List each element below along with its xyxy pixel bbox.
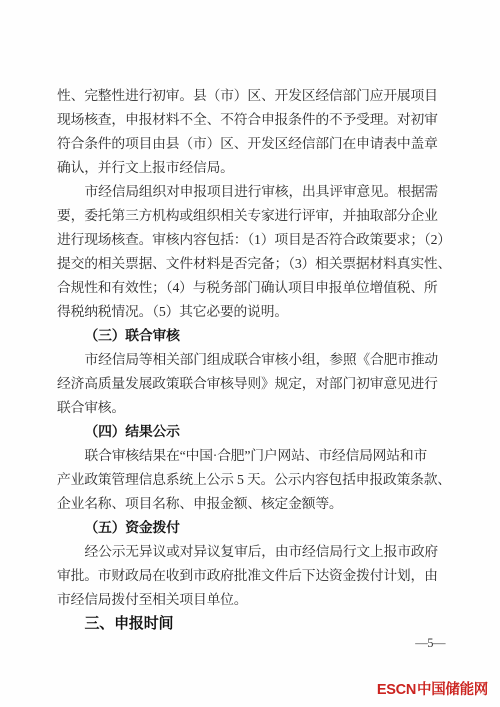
escn-logo-latin-text: ESCN — [377, 682, 416, 698]
text-line: 经公示无异议或对异议复审后，由市经信局行文上报市政府 — [57, 540, 445, 564]
subsection-heading: （五）资金拨付 — [57, 516, 445, 540]
text-line: 经济高质量发展政策联合审核导则》规定，对部门初审意见进行 — [57, 372, 445, 396]
text-line: 市经信局等相关部门组成联合审核小组，参照《合肥市推动 — [57, 348, 445, 372]
document-page: 性、完整性进行初审。县（市）区、开发区经信部门应开展项目现场核查，申报材料不全、… — [0, 0, 500, 707]
subsection-heading: （三）联合审核 — [57, 324, 445, 348]
escn-logo: ESCN中国储能网 — [377, 678, 488, 699]
text-line: 联合审核。 — [57, 396, 445, 420]
text-line: 得税纳税情况。（5）其它必要的说明。 — [57, 300, 445, 324]
page-number: —5— — [415, 636, 445, 651]
text-line: 市经信局组织对申报项目进行审核，出具评审意见。根据需 — [57, 180, 445, 204]
text-line: 市经信局拨付至相关项目单位。 — [57, 588, 445, 612]
section-heading: 三、申报时间 — [57, 612, 445, 636]
escn-logo-cjk-text: 中国储能网 — [417, 682, 488, 698]
document-body: 性、完整性进行初审。县（市）区、开发区经信部门应开展项目现场核查，申报材料不全、… — [57, 84, 445, 636]
text-line: 进行现场核查。审核内容包括：（1）项目是否符合政策要求；（2） — [57, 228, 445, 252]
text-line: 性、完整性进行初审。县（市）区、开发区经信部门应开展项目 — [57, 84, 445, 108]
text-line: 要，委托第三方机构或组织相关专家进行评审，并抽取部分企业 — [57, 204, 445, 228]
text-line: 产业政策管理信息系统上公示 5 天。公示内容包括申报政策条款、 — [57, 468, 445, 492]
subsection-heading: （四）结果公示 — [57, 420, 445, 444]
text-line: 联合审核结果在“中国·合肥”门户网站、市经信局网站和市 — [57, 444, 445, 468]
text-line: 企业名称、项目名称、申报金额、核定金额等。 — [57, 492, 445, 516]
text-line: 符合条件的项目由县（市）区、开发区经信部门在申请表中盖章 — [57, 132, 445, 156]
text-line: 合规性和有效性；（4）与税务部门确认项目申报单位增值税、所 — [57, 276, 445, 300]
text-line: 提交的相关票据、文件材料是否完备；（3）相关票据材料真实性、 — [57, 252, 445, 276]
text-line: 审批。市财政局在收到市政府批准文件后下达资金拨付计划，由 — [57, 564, 445, 588]
text-line: 确认，并行文上报市经信局。 — [57, 156, 445, 180]
text-line: 现场核查，申报材料不全、不符合申报条件的不予受理。对初审 — [57, 108, 445, 132]
